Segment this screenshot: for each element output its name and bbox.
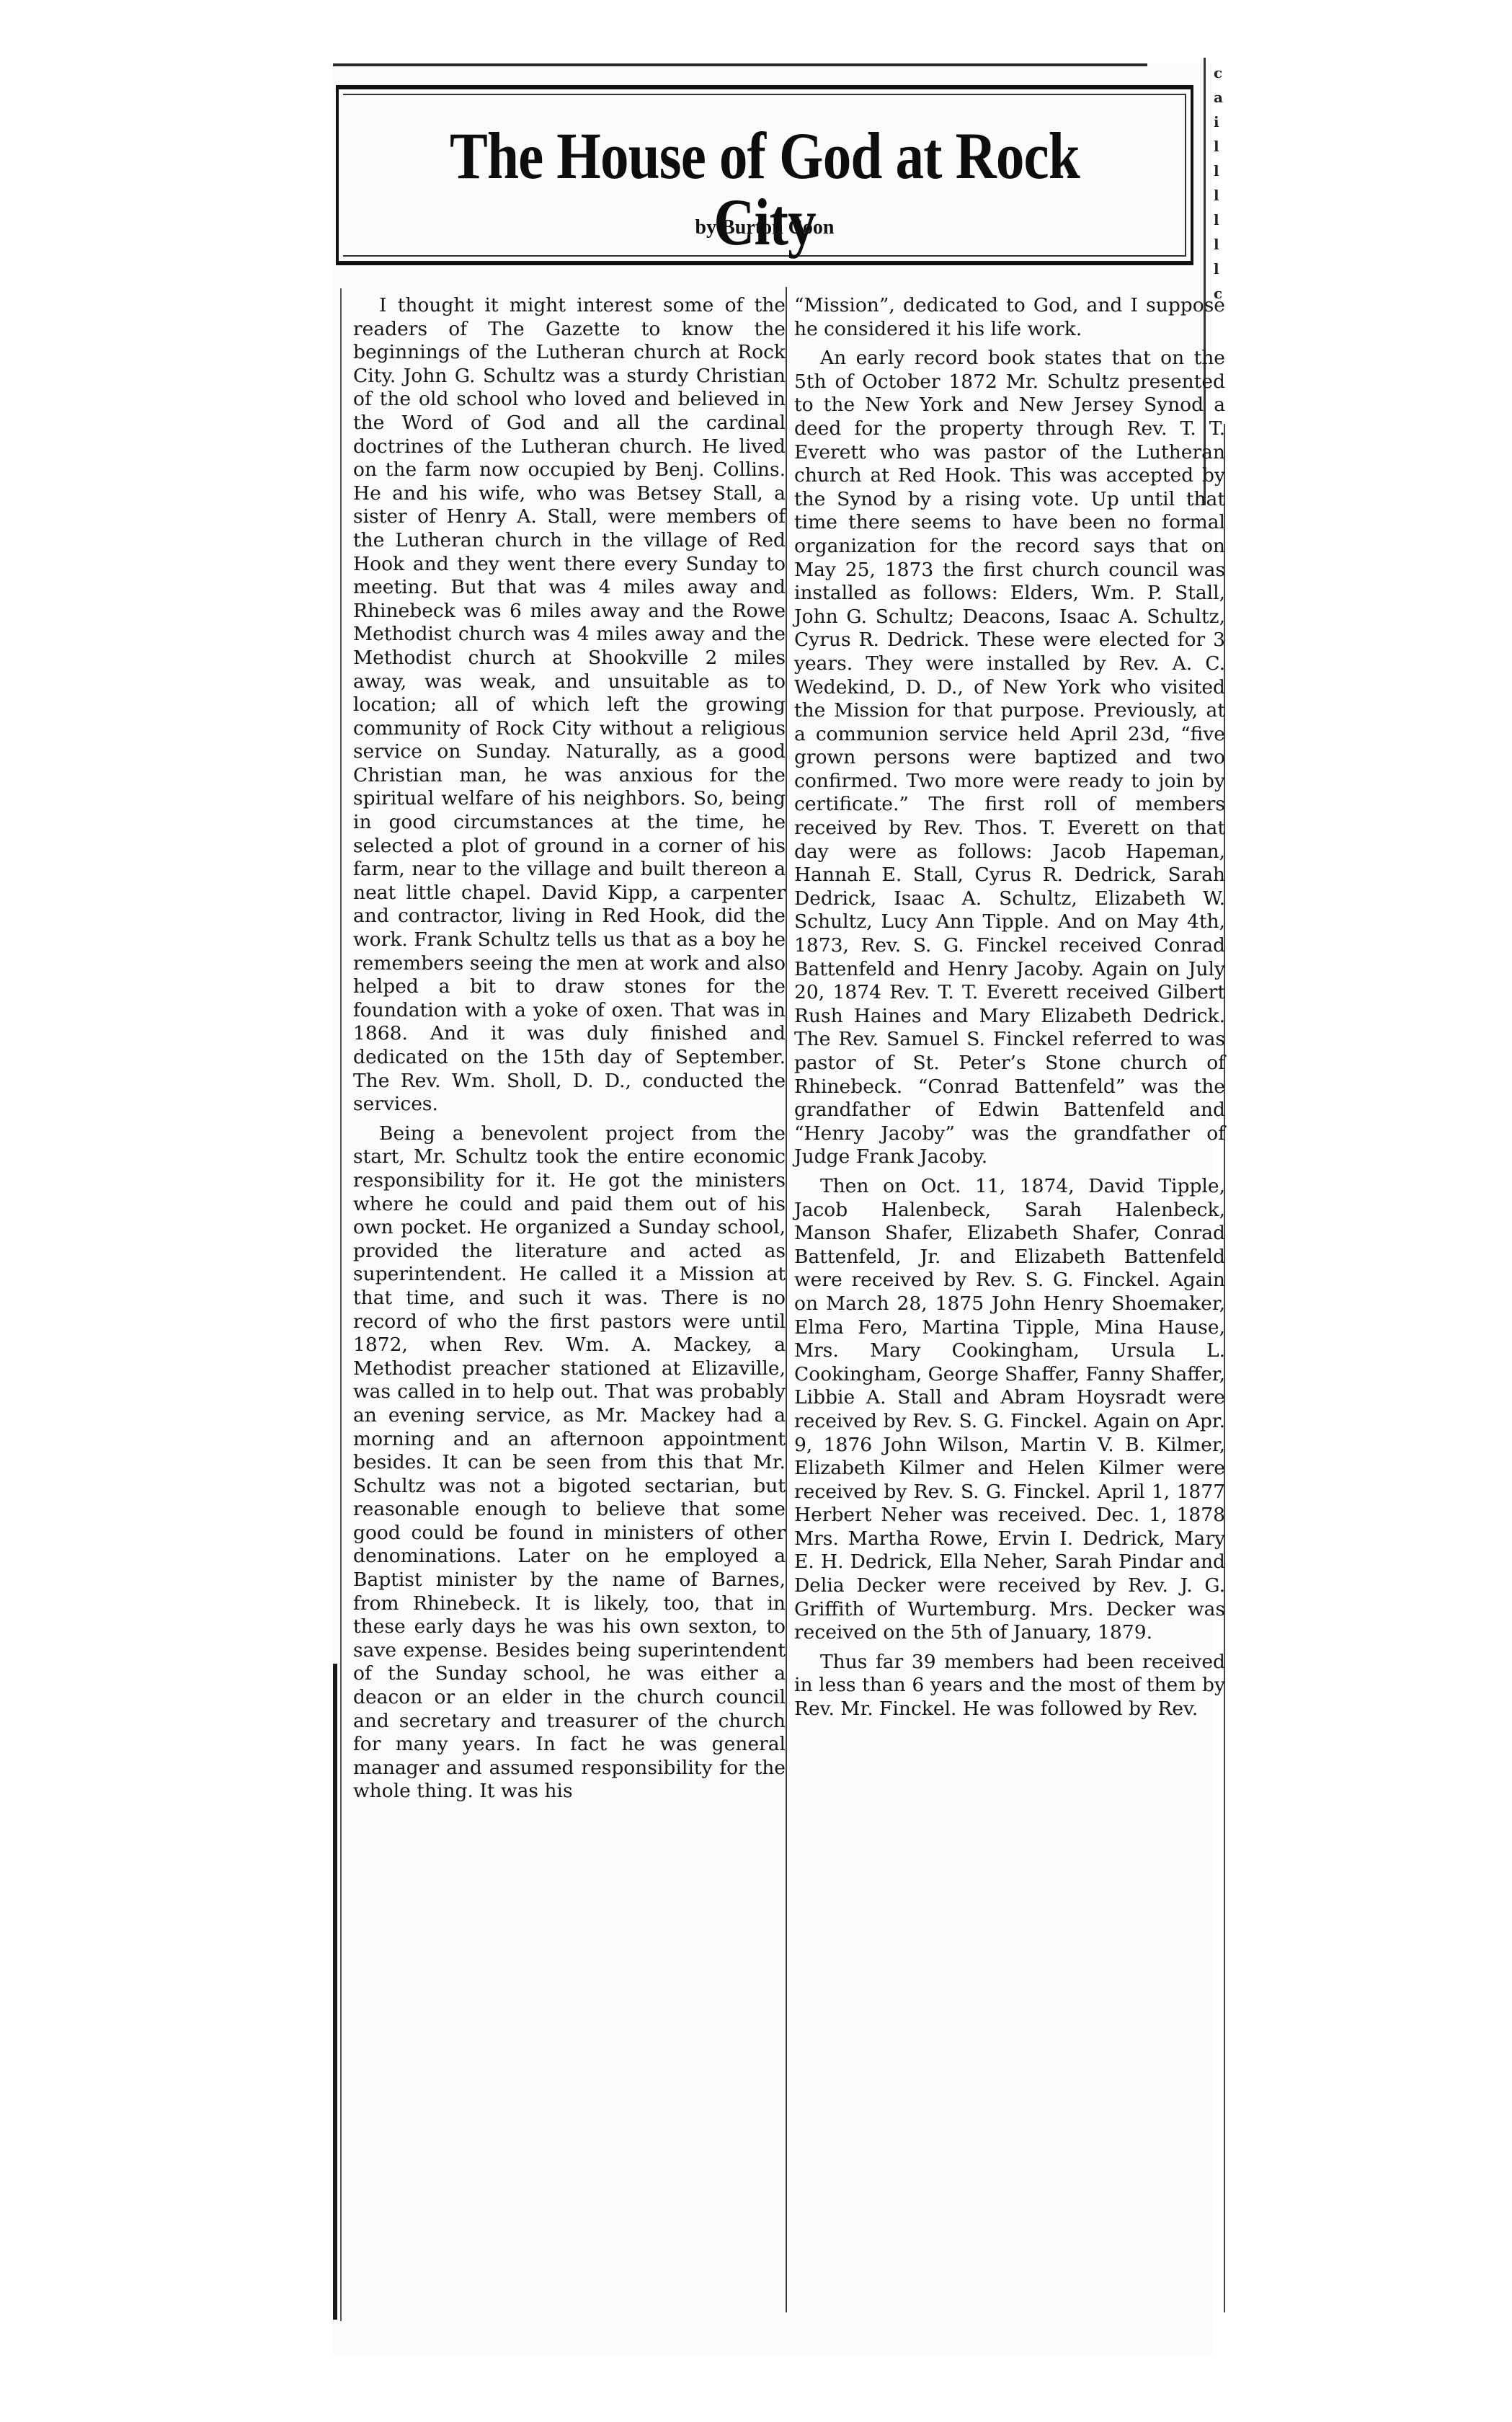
paragraph: I thought it might interest some of the … [353, 294, 786, 1117]
paragraph-continued: “Mission”, dedicated to God, and I suppo… [794, 294, 1225, 341]
paragraph: Then on Oct. 11, 1874, David Tipple, Jac… [794, 1175, 1225, 1645]
article-byline: by Burton Coon [339, 216, 1191, 239]
paragraph: An early record book states that on the … [794, 347, 1225, 1169]
column-divider [786, 287, 787, 2312]
left-margin-mark [333, 1664, 337, 2320]
left-column: I thought it might interest some of the … [353, 294, 786, 1809]
newspaper-clipping: c a i l l l l l l c The House of God at … [333, 63, 1212, 2356]
adjacent-column-fragment: c a i l l l l l l c [1214, 61, 1227, 306]
left-column-rule [340, 288, 342, 2321]
paragraph: Being a benevolent project from the star… [353, 1122, 786, 1804]
headline-box: The House of God at Rock City by Burton … [336, 85, 1193, 265]
paragraph: Thus far 39 members had been received in… [794, 1651, 1225, 1721]
article-body: I thought it might interest some of the … [333, 294, 1227, 2298]
right-column: “Mission”, dedicated to God, and I suppo… [794, 294, 1225, 1727]
top-rule [333, 63, 1147, 66]
